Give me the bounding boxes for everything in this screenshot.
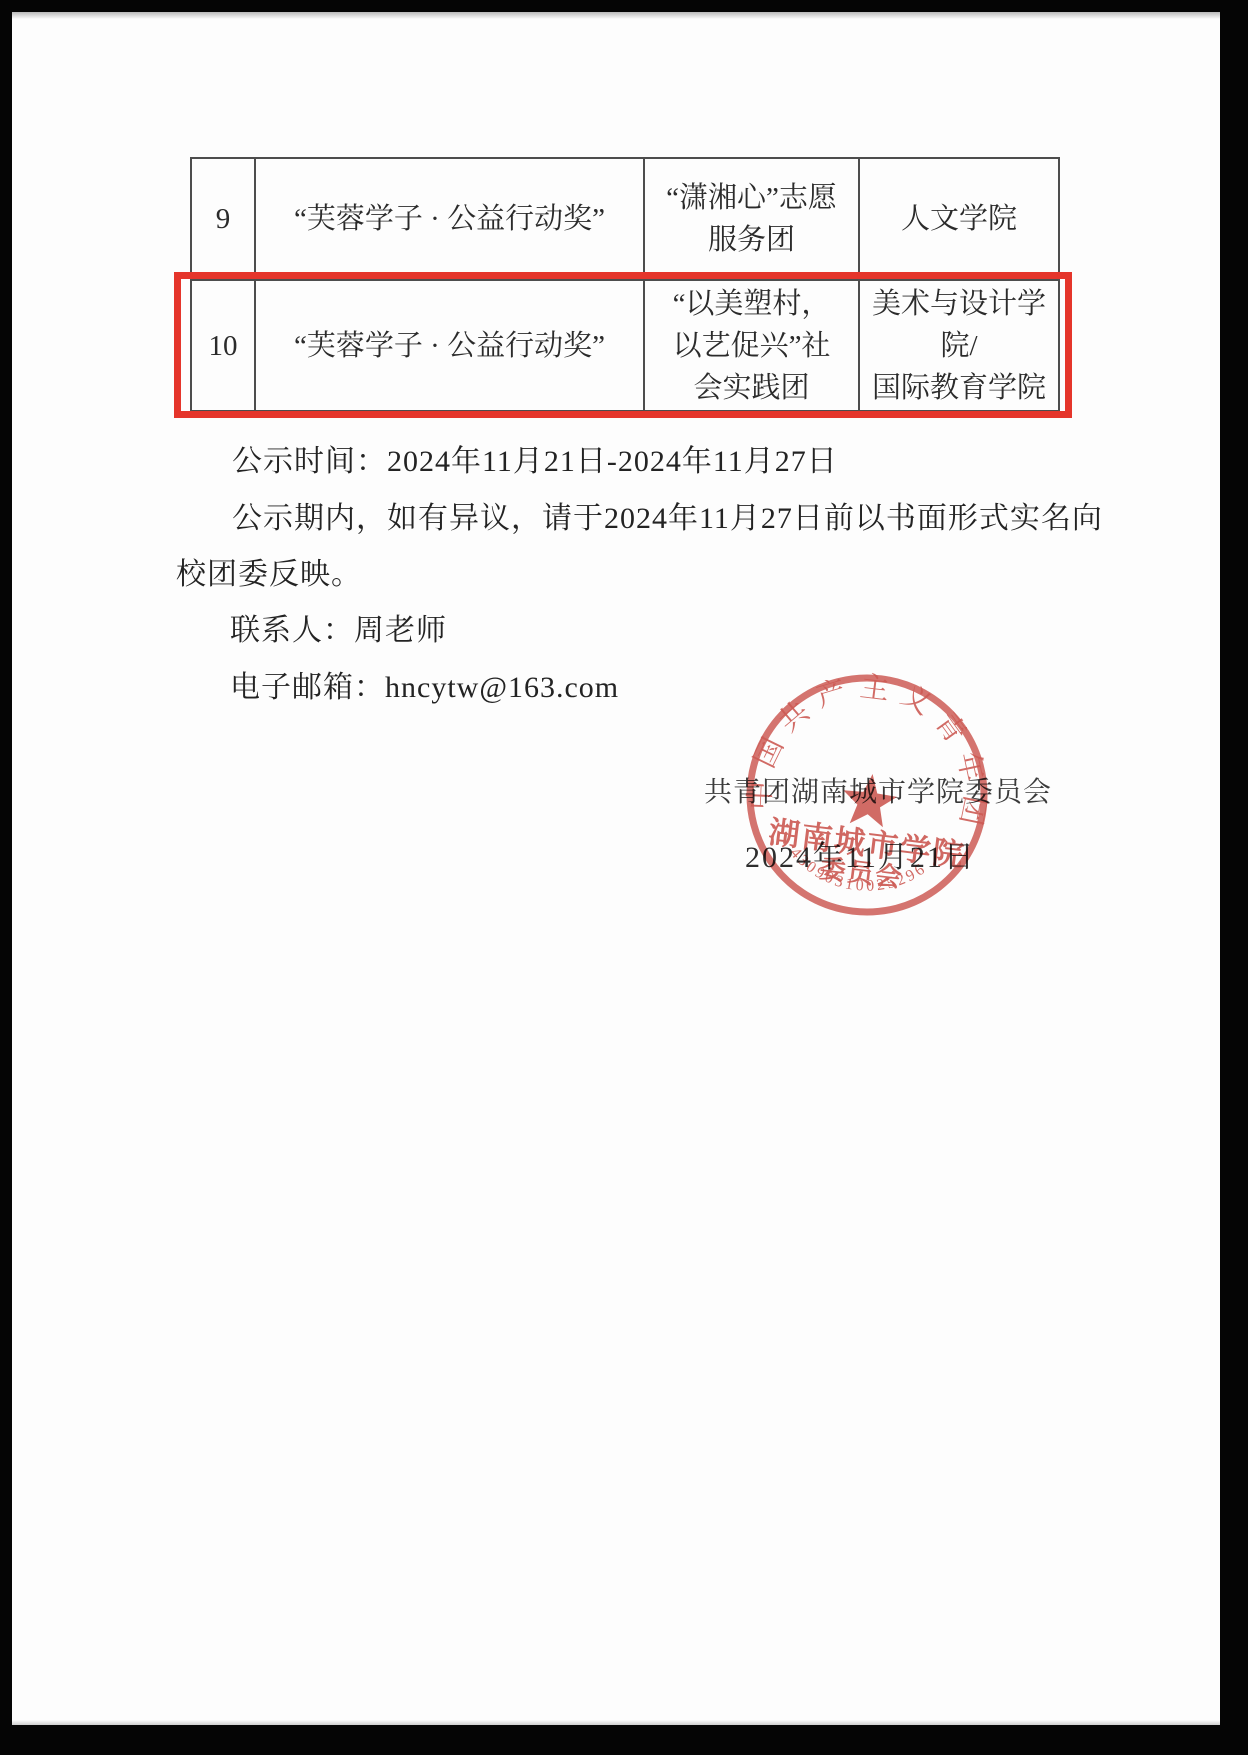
objection-instruction-line1: 公示期内，如有异议，请于2024年11月27日前以书面形式实名向 (232, 493, 1103, 537)
table-row-highlighted: 10 “芙蓉学子 · 公益行动奖” “以美塑村， 以艺促兴”社 会实践团 美术与… (191, 280, 1059, 411)
cell-award-name: “芙蓉学子 · 公益行动奖” (255, 280, 644, 411)
official-seal-stamp: 中国共产主义青年团 湖南城市学院 委员会 43090310025296 (725, 653, 1008, 936)
cell-college-name: 美术与设计学院/ 国际教育学院 (859, 280, 1059, 411)
cell-team-name: “以美塑村， 以艺促兴”社 会实践团 (644, 280, 859, 411)
cell-college-name: 人文学院 (859, 158, 1059, 280)
seal-star-icon (839, 771, 899, 829)
document-page: 9 “芙蓉学子 · 公益行动奖” “潇湘心”志愿 服务团 人文学院 10 “芙蓉… (12, 12, 1220, 1725)
cell-award-name: “芙蓉学子 · 公益行动奖” (255, 158, 644, 280)
table-row: 9 “芙蓉学子 · 公益行动奖” “潇湘心”志愿 服务团 人文学院 (191, 158, 1059, 280)
publicity-period-line: 公示时间：2024年11月21日-2024年11月27日 (232, 436, 838, 480)
contact-person-line: 联系人：周老师 (230, 605, 447, 649)
cell-row-number: 10 (191, 280, 255, 411)
cell-row-number: 9 (191, 158, 255, 280)
scanned-document-photo: { "table": { "rows": [ { "no": "9", "awa… (0, 0, 1248, 1755)
objection-instruction-line2: 校团委反映。 (176, 549, 362, 593)
contact-email-line: 电子邮箱：hncytw@163.com (230, 662, 619, 706)
award-table: 9 “芙蓉学子 · 公益行动奖” “潇湘心”志愿 服务团 人文学院 10 “芙蓉… (190, 157, 1060, 412)
cell-team-name: “潇湘心”志愿 服务团 (644, 158, 859, 280)
